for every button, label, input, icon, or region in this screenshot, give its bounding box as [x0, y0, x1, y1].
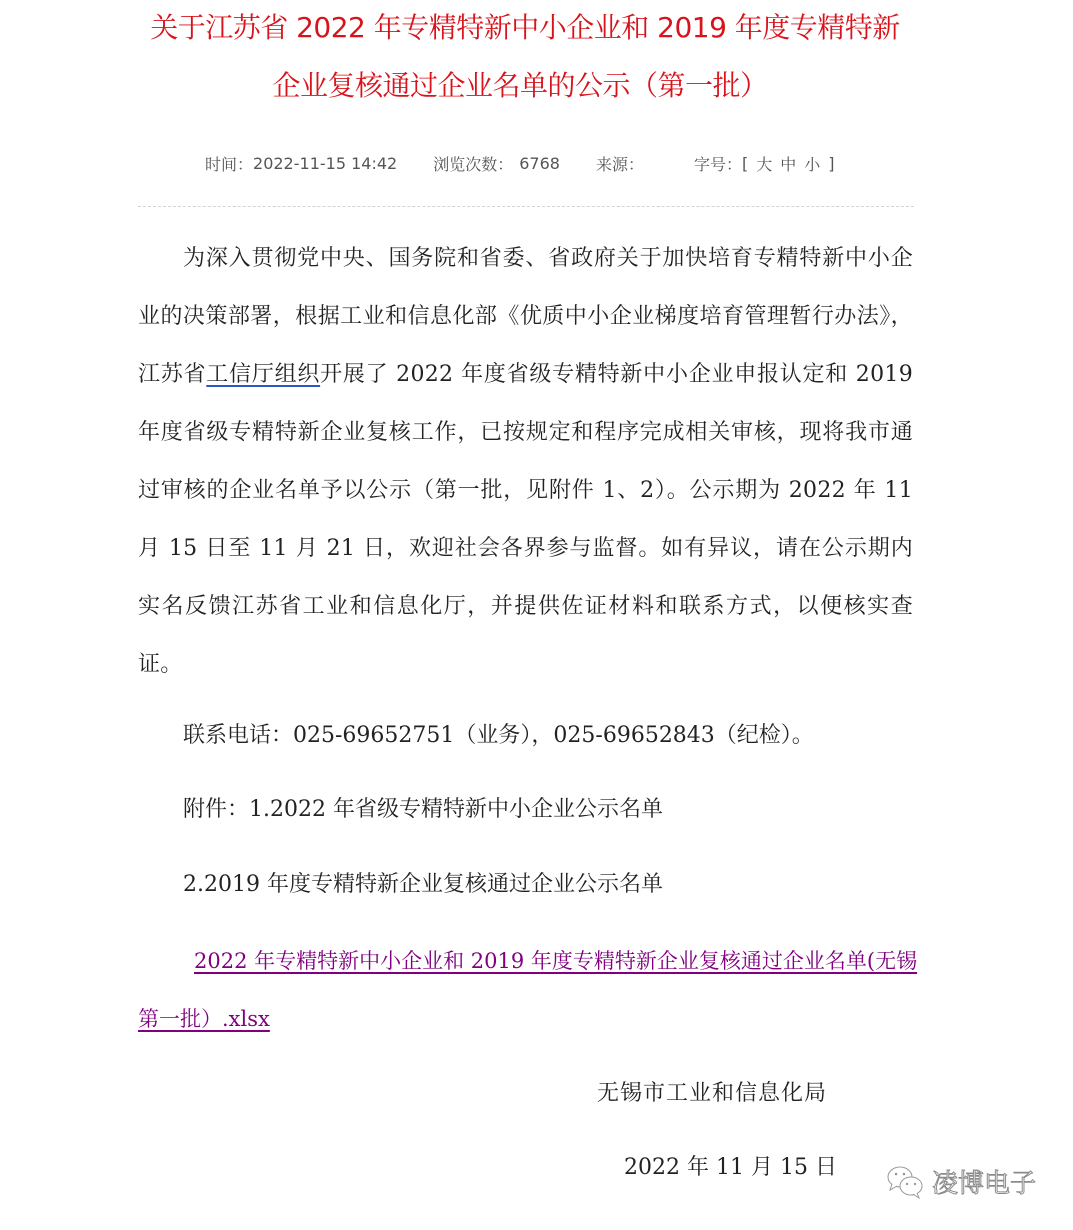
- watermark-text: 凌博电子: [932, 1163, 1036, 1200]
- attachment-item-1: 附件：1.2022 年省级专精特新中小企业公示名单: [183, 781, 663, 839]
- article-body: 为深入贯彻党中央、国务院和省委、省政府关于加快培育专精特新中小企业的决策部署，根…: [138, 230, 913, 694]
- time-label: 时间：: [205, 152, 253, 175]
- article-title-line2: 企业复核通过企业名单的公示（第一批）: [0, 68, 1040, 104]
- contact-phone: 联系电话：025-69652751（业务），025-69652843（纪检）。: [183, 707, 814, 765]
- intro-paragraph: 为深入贯彻党中央、国务院和省委、省政府关于加快培育专精特新中小企业的决策部署，根…: [138, 230, 913, 694]
- issuing-authority: 无锡市工业和信息化局: [597, 1065, 827, 1123]
- fontsize-medium-button[interactable]: 中: [780, 152, 796, 175]
- article-page: 关于江苏省 2022 年专精特新中小企业和 2019 年度专精特新 企业复核通过…: [0, 0, 1073, 1230]
- fontsize-small-button[interactable]: 小: [804, 152, 820, 175]
- fontsize-label: 字号：: [694, 152, 742, 175]
- attachment-item-2: 2.2019 年度专精特新企业复核通过企业公示名单: [183, 856, 663, 914]
- views-label: 浏览次数：: [433, 152, 513, 175]
- views-value: 6768: [519, 154, 560, 173]
- fontsize-bracket-close: ]: [828, 154, 834, 173]
- intro-text-part2: 开展了 2022 年度省级专精特新中小企业申报认定和 2019 年度省级专精特新…: [138, 362, 913, 677]
- article-meta: 时间： 2022-11-15 14:42 浏览次数： 6768 来源： 字号： …: [205, 152, 835, 175]
- time-value: 2022-11-15 14:42: [253, 154, 397, 173]
- wechat-icon: [886, 1165, 924, 1199]
- source-label: 来源：: [596, 152, 644, 175]
- fontsize-bracket-open: [: [742, 154, 748, 173]
- attachment-file: 2022 年专精特新中小企业和 2019 年度专精特新企业复核通过企业名单(无锡…: [138, 932, 918, 1048]
- meta-divider: [138, 206, 914, 207]
- watermark: 凌博电子: [886, 1163, 1036, 1200]
- attachment-file-link[interactable]: 2022 年专精特新中小企业和 2019 年度专精特新企业复核通过企业名单(无锡…: [138, 949, 917, 1031]
- issue-date: 2022 年 11 月 15 日: [624, 1139, 837, 1197]
- article-title-line1: 关于江苏省 2022 年专精特新中小企业和 2019 年度专精特新: [0, 10, 1050, 46]
- fontsize-large-button[interactable]: 大: [756, 152, 772, 175]
- organization-link[interactable]: 工信厅组织: [206, 362, 320, 387]
